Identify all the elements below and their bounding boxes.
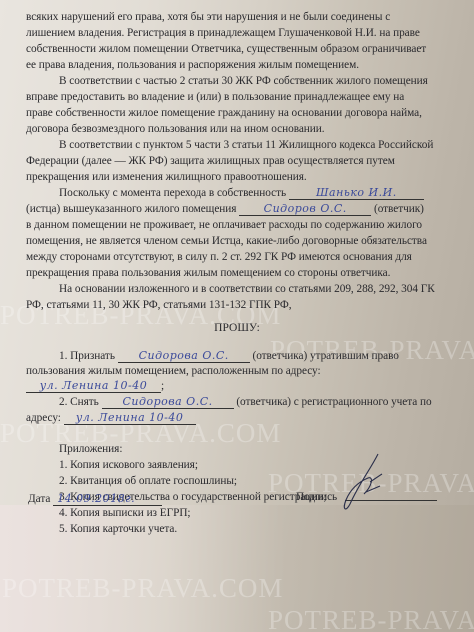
attachment-item: 5. Копия карточки учета.	[59, 522, 177, 536]
text-line: РФ, статьями 11, 30 ЖК РФ, статьями 131-…	[26, 298, 292, 312]
text-line: На основании изложенного и в соответстви…	[59, 282, 435, 296]
request-item: 2. Снять Сидорова О.С. (ответчика) с рег…	[59, 395, 432, 409]
text-line: праве собственности жилое помещение граж…	[26, 106, 422, 120]
signature-icon	[340, 452, 390, 514]
text-line: (истца) вышеуказанного жилого помещения …	[26, 202, 424, 216]
attachment-item: 1. Копия искового заявления;	[59, 458, 198, 472]
request-title: ПРОШУ:	[0, 322, 474, 334]
attachment-item: 2. Квитанция об оплате госпошлины;	[59, 474, 237, 488]
text-line: прекращения или изменения жилищного прав…	[26, 170, 307, 184]
text-line: Поскольку с момента перехода в собственн…	[59, 186, 424, 200]
text-line: в данном помещении не проживает, не опла…	[26, 218, 422, 232]
watermark: POTREB-PRAVA.COM	[268, 605, 474, 632]
text-line: В соответствии с частью 2 статьи 30 ЖК Р…	[59, 74, 428, 88]
text: Поскольку с момента перехода в собственн…	[59, 187, 286, 199]
text-line: между сторонами отсутствуют, в силу п. 2…	[26, 250, 412, 264]
defendant-name-field[interactable]: Сидоров О.С.	[239, 203, 371, 216]
text: (ответчика) утратившим право	[252, 350, 398, 362]
text-line: ул. Ленина 10-40;	[26, 379, 164, 393]
text-line: лишением владения. Регистрация в принадл…	[26, 26, 420, 40]
attachment-item: 4. Копия выписки из ЕГРП;	[59, 506, 191, 520]
address-field[interactable]: ул. Ленина 10-40	[26, 380, 161, 393]
attachments-title: Приложения:	[59, 442, 122, 456]
text-line: вправе предоставить во владение и (или) …	[26, 90, 404, 104]
text: 2. Снять	[59, 396, 99, 408]
document-page: POTREB-PRAVA.COM POTREB-PRAVA.COM POTREB…	[0, 0, 474, 632]
owner-name-field[interactable]: Шанько И.И.	[289, 187, 424, 200]
text-line: помещения, не является членом семьи Истц…	[26, 234, 427, 248]
text-line: ее права владения, пользования и распоря…	[26, 58, 359, 72]
watermark: POTREB-PRAVA.COM	[2, 573, 283, 604]
text-line: собственности жилом помещении Ответчика,…	[26, 42, 426, 56]
text-line: прекращения права пользования жилым поме…	[26, 266, 390, 280]
date-field[interactable]: 14.09.2018г.	[53, 493, 162, 506]
text-line: В соответствии с пунктом 5 части 3 стать…	[59, 138, 433, 152]
text-line: всяких нарушений его права, хотя бы эти …	[26, 10, 390, 24]
text-line: договора безвозмездного пользования или …	[26, 122, 325, 136]
address-field[interactable]: ул. Ленина 10-40	[64, 412, 196, 425]
text: (ответчик)	[374, 203, 424, 215]
text-line: Федерации (далее — ЖК РФ) защита жилищны…	[26, 154, 395, 168]
date-label: Дата	[28, 493, 50, 505]
defendant-name-field[interactable]: Сидорова О.С.	[102, 396, 234, 409]
signature-label: Подпись	[296, 490, 337, 504]
date-row: Дата 14.09.2018г.	[28, 492, 162, 506]
text: адресу:	[26, 412, 61, 424]
text: 1. Признать	[59, 350, 115, 362]
defendant-name-field[interactable]: Сидорова О.С.	[118, 350, 250, 363]
text-line: пользования жилым помещением, расположен…	[26, 364, 321, 378]
text: (ответчика) с регистрационного учета по	[236, 396, 431, 408]
text: ;	[161, 380, 164, 392]
text-line: адресу: ул. Ленина 10-40	[26, 411, 196, 425]
text: (истца) вышеуказанного жилого помещения	[26, 203, 236, 215]
request-item: 1. Признать Сидорова О.С. (ответчика) ут…	[59, 349, 399, 363]
